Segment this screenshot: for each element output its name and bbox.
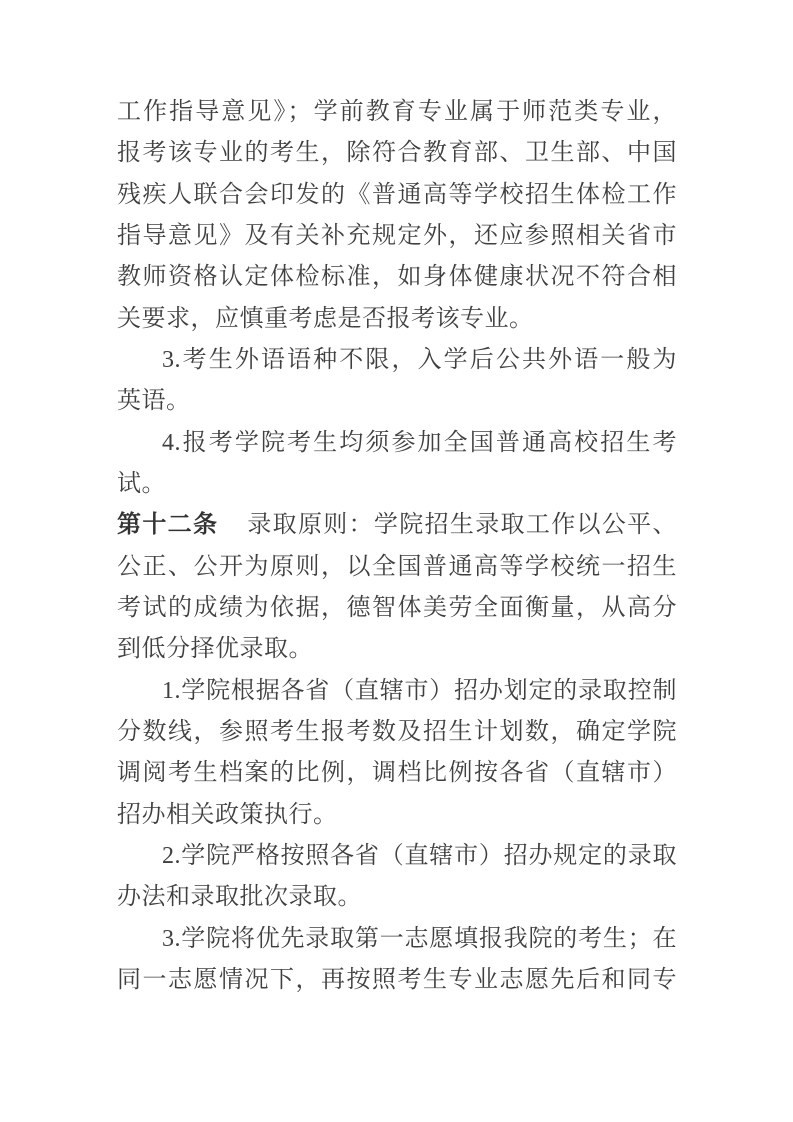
text-line: 试。 <box>117 464 677 505</box>
article-12-admission-principles: 第十二条录取原则：学院招生录取工作以公平、 公正、公开为原则，以全国普通高等学校… <box>117 505 677 670</box>
text-line: 分数线，参照考生报考数及招生计划数，确定学院 <box>117 712 677 753</box>
text-line: 办法和录取批次录取。 <box>117 877 677 918</box>
document-text-column: 工作指导意见》；学前教育专业属于师范类专业， 报考该专业的考生，除符合教育部、卫… <box>117 92 677 1001</box>
text-line: 关要求，应慎重考虑是否报考该专业。 <box>117 299 677 340</box>
text-line: 招办相关政策执行。 <box>117 795 677 836</box>
text-line: 到低分择优录取。 <box>117 629 677 670</box>
text-line: 调阅考生档案的比例，调档比例按各省（直辖市） <box>117 753 677 794</box>
article-12-lead-text: 录取原则：学院招生录取工作以公平、 <box>247 512 677 538</box>
paragraph-physical-exam-guideline: 工作指导意见》；学前教育专业属于师范类专业， 报考该专业的考生，除符合教育部、卫… <box>117 92 677 340</box>
item-4-national-entrance-exam: 4.报考学院考生均须参加全国普通高校招生考 试。 <box>117 423 677 506</box>
text-line: 英语。 <box>117 381 677 422</box>
text-line: 工作指导意见》；学前教育专业属于师范类专业， <box>117 92 677 133</box>
text-line: 同一志愿情况下，再按照考生专业志愿先后和同专 <box>117 960 677 1001</box>
text-line: 指导意见》及有关补充规定外，还应参照相关省市 <box>117 216 677 257</box>
item-1-control-score-line: 1.学院根据各省（直辖市）招办划定的录取控制 分数线，参照考生报考数及招生计划数… <box>117 671 677 836</box>
text-line: 残疾人联合会印发的《普通高等学校招生体检工作 <box>117 175 677 216</box>
item-2-admission-batch-rules: 2.学院严格按照各省（直辖市）招办规定的录取 办法和录取批次录取。 <box>117 836 677 919</box>
text-line: 报考该专业的考生，除符合教育部、卫生部、中国 <box>117 133 677 174</box>
document-page: 工作指导意见》；学前教育专业属于师范类专业， 报考该专业的考生，除符合教育部、卫… <box>0 0 793 1122</box>
text-line: 第十二条录取原则：学院招生录取工作以公平、 <box>117 505 677 546</box>
item-3-first-choice-priority: 3.学院将优先录取第一志愿填报我院的考生；在 同一志愿情况下，再按照考生专业志愿… <box>117 919 677 1002</box>
text-line: 3.学院将优先录取第一志愿填报我院的考生；在 <box>117 919 677 960</box>
text-line: 2.学院严格按照各省（直辖市）招办规定的录取 <box>117 836 677 877</box>
text-line: 公正、公开为原则，以全国普通高等学校统一招生 <box>117 547 677 588</box>
article-12-heading: 第十二条 <box>117 512 218 538</box>
text-line: 1.学院根据各省（直辖市）招办划定的录取控制 <box>117 671 677 712</box>
text-line: 教师资格认定体检标准，如身体健康状况不符合相 <box>117 257 677 298</box>
text-line: 4.报考学院考生均须参加全国普通高校招生考 <box>117 423 677 464</box>
text-line: 考试的成绩为依据，德智体美劳全面衡量，从高分 <box>117 588 677 629</box>
text-line: 3.考生外语语种不限，入学后公共外语一般为 <box>117 340 677 381</box>
item-3-foreign-language: 3.考生外语语种不限，入学后公共外语一般为 英语。 <box>117 340 677 423</box>
